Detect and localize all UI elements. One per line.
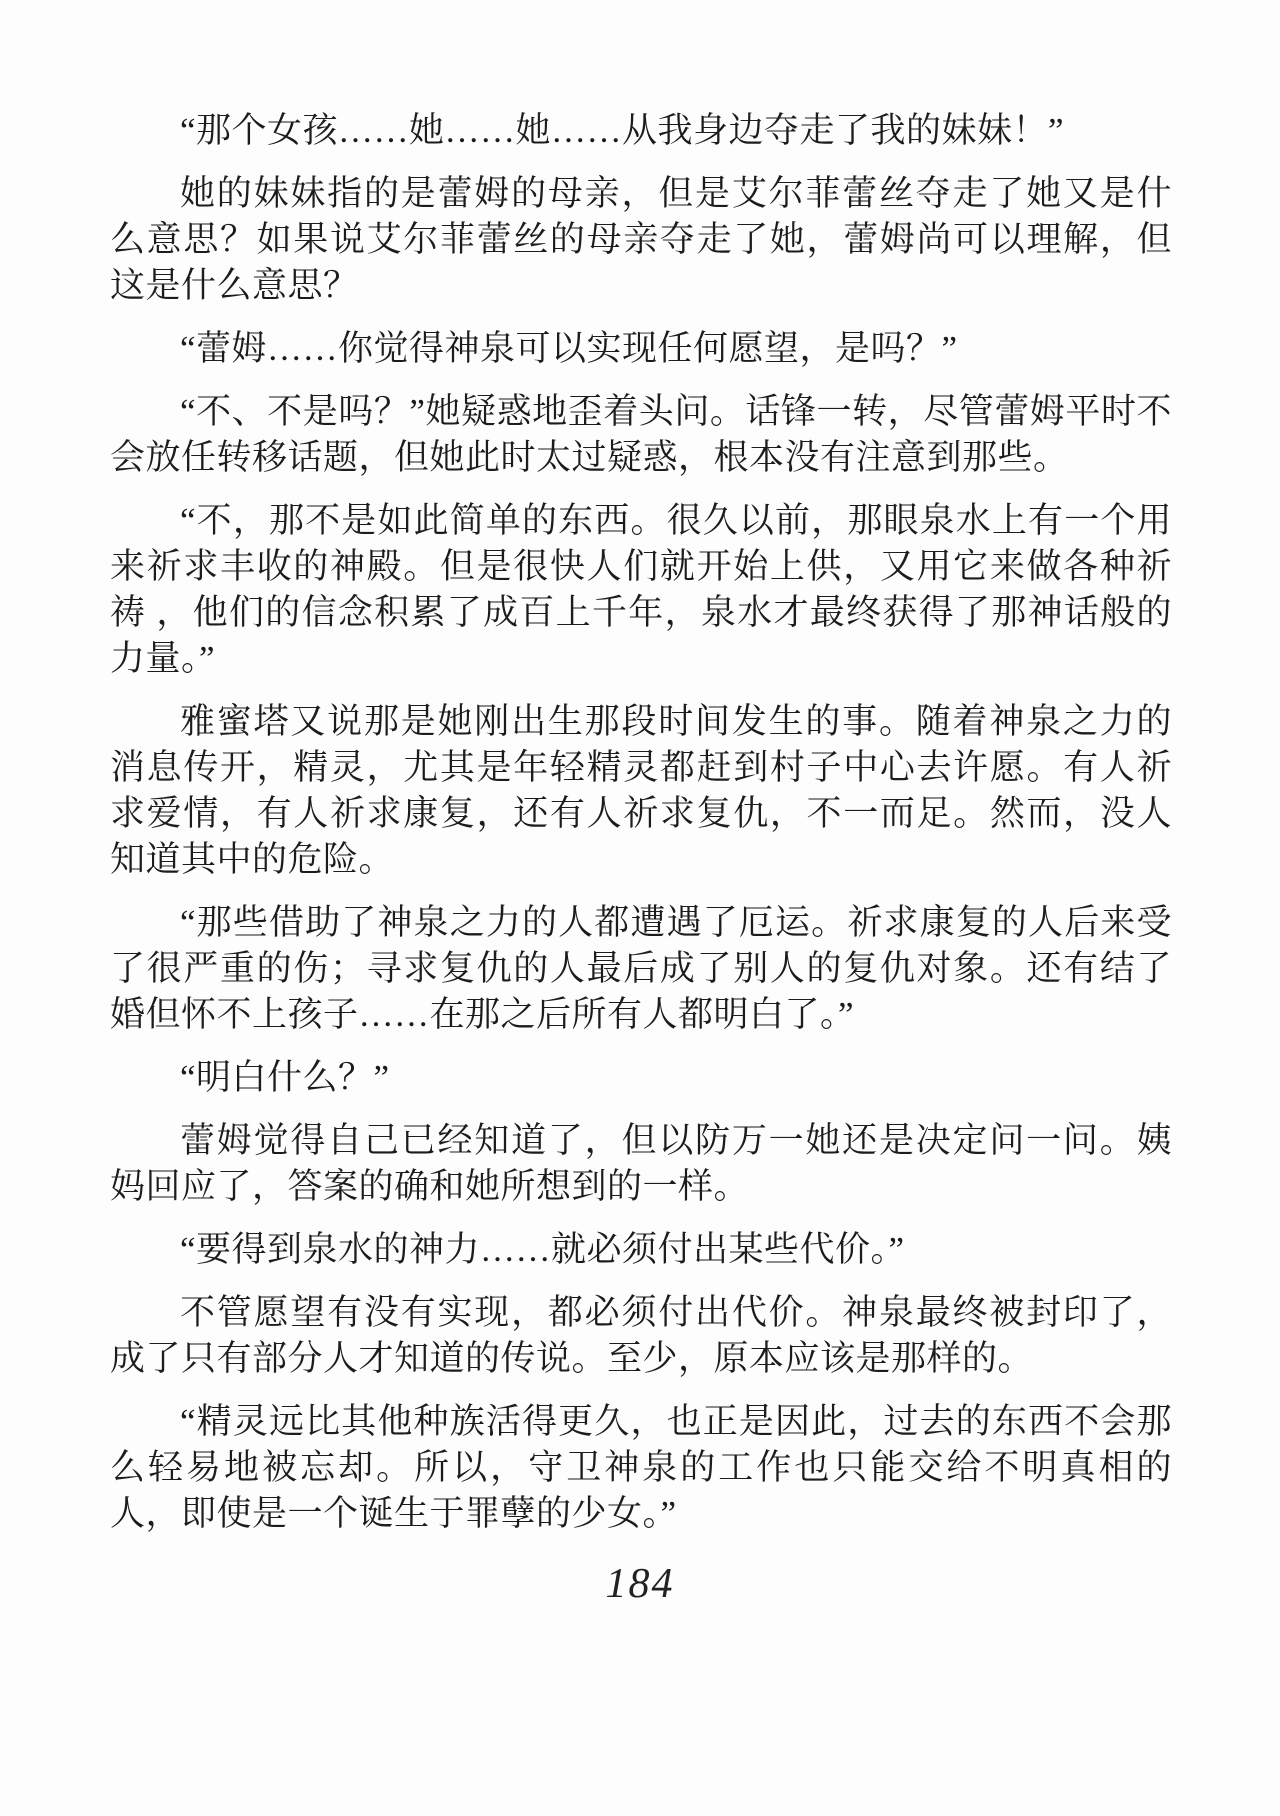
paragraph: “那个女孩……她……她……从我身边夺走了我的妹妹！” [110,108,1172,154]
paragraph: “不、不是吗？”她疑惑地歪着头问。话锋一转，尽管蕾姆平时不会放任转移话题，但她此… [110,389,1172,481]
paragraph: “那些借助了神泉之力的人都遭遇了厄运。祈求康复的人后来受了很严重的伤；寻求复仇的… [110,900,1172,1038]
paragraph: “蕾姆……你觉得神泉可以实现任何愿望，是吗？” [110,326,1172,372]
paragraph: “明白什么？” [110,1055,1172,1101]
paragraph: 雅蜜塔又说那是她刚出生那段时间发生的事。随着神泉之力的消息传开，精灵，尤其是年轻… [110,699,1172,883]
paragraph: 蕾姆觉得自己已经知道了，但以防万一她还是决定问一问。姨妈回应了，答案的确和她所想… [110,1118,1172,1210]
paragraph: “不，那不是如此简单的东西。很久以前，那眼泉水上有一个用来祈求丰收的神殿。但是很… [110,498,1172,682]
book-page: “那个女孩……她……她……从我身边夺走了我的妹妹！” 她的妹妹指的是蕾姆的母亲，… [0,0,1280,1816]
paragraph: 不管愿望有没有实现，都必须付出代价。神泉最终被封印了，成了只有部分人才知道的传说… [110,1290,1172,1382]
page-number: 184 [0,1560,1280,1608]
paragraph: “精灵远比其他种族活得更久，也正是因此，过去的东西不会那么轻易地被忘却。所以，守… [110,1399,1172,1537]
paragraph: “要得到泉水的神力……就必须付出某些代价。” [110,1227,1172,1273]
text-block: “那个女孩……她……她……从我身边夺走了我的妹妹！” 她的妹妹指的是蕾姆的母亲，… [110,108,1172,1554]
paragraph: 她的妹妹指的是蕾姆的母亲，但是艾尔菲蕾丝夺走了她又是什么意思？如果说艾尔菲蕾丝的… [110,171,1172,309]
